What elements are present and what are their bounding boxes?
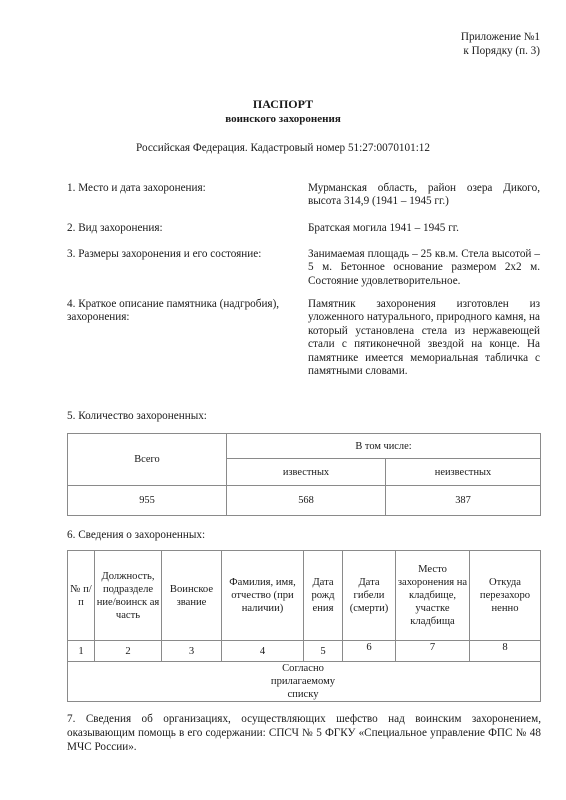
count-total: 955: [68, 486, 227, 516]
col-header-reburied-from: Откуда перезахоро ненно: [470, 551, 541, 641]
col-header-burial-place: Место захоронения на кладбище, участке к…: [396, 551, 470, 641]
field-label-size-condition: 3. Размеры захоронения и его состояние:: [67, 248, 292, 261]
appendix-reference: Приложение №1 к Порядку (п. 3): [461, 30, 540, 58]
col-number: 4: [222, 641, 304, 662]
field-label-place-date: 1. Место и дата захоронения:: [67, 182, 292, 195]
field-label-monument-description: 4. Краткое описание памятника (надгробия…: [67, 298, 292, 325]
field-value-monument-description: Памятник захоронения изготовлен из уложе…: [308, 298, 540, 378]
col-number: 6: [343, 641, 396, 662]
col-header-position: Должность, подразделе ние/воинск ая част…: [95, 551, 162, 641]
header-total: Всего: [68, 434, 227, 486]
appendix-number: Приложение №1: [461, 30, 540, 44]
count-unknown: 387: [386, 486, 541, 516]
col-number: 7: [396, 641, 470, 662]
buried-info-table: № п/п Должность, подразделе ние/воинск а…: [67, 550, 541, 702]
document-title: ПАСПОРТ: [0, 98, 566, 111]
section7-patronage-info: 7. Сведения об организациях, осуществляю…: [67, 712, 541, 754]
col-header-death-date: Дата гибели (смерти): [343, 551, 396, 641]
list-reference-note: Согласно прилагаемому списку: [68, 662, 541, 702]
header-including: В том числе:: [227, 434, 541, 459]
col-number: 1: [68, 641, 95, 662]
section6-heading: 6. Сведения о захороненных:: [67, 529, 205, 542]
col-number: 8: [470, 641, 541, 662]
header-unknown: неизвестных: [386, 459, 541, 486]
field-label-burial-type: 2. Вид захоронения:: [67, 222, 292, 235]
burial-count-table: Всего В том числе: известных неизвестных…: [67, 433, 541, 516]
col-header-full-name: Фамилия, имя, отчество (при наличии): [222, 551, 304, 641]
field-value-place-date: Мурманская область, район озера Дикого, …: [308, 182, 540, 209]
col-number: 5: [304, 641, 343, 662]
list-reference-text: Согласно прилагаемому списку: [263, 662, 343, 701]
field-value-burial-type: Братская могила 1941 – 1945 гг.: [308, 222, 540, 235]
col-header-birth-date: Дата рожд ения: [304, 551, 343, 641]
field-value-size-condition: Занимаемая площадь – 25 кв.м. Стела высо…: [308, 248, 540, 288]
cadastral-number: Российская Федерация. Кадастровый номер …: [0, 142, 566, 155]
col-number: 3: [162, 641, 222, 662]
appendix-order-ref: к Порядку (п. 3): [461, 44, 540, 58]
col-header-number: № п/п: [68, 551, 95, 641]
col-number: 2: [95, 641, 162, 662]
header-known: известных: [227, 459, 386, 486]
count-known: 568: [227, 486, 386, 516]
document-subtitle: воинского захоронения: [0, 113, 566, 126]
col-header-rank: Воинское звание: [162, 551, 222, 641]
section5-heading: 5. Количество захороненных:: [67, 410, 207, 423]
